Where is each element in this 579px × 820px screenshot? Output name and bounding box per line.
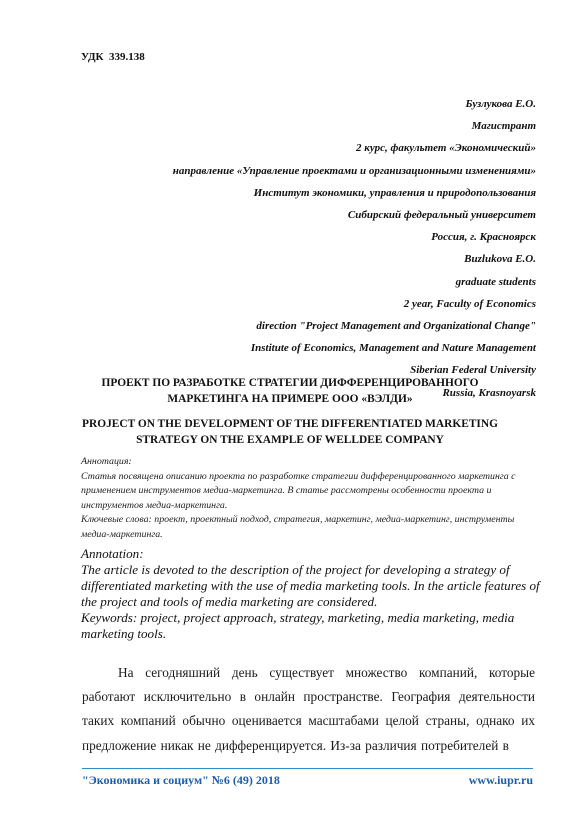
journal-website-link[interactable]: www.iupr.ru [469, 773, 533, 788]
author-location-ru: Россия, г. Красноярск [173, 226, 536, 248]
abstract-en: Annotation: The article is devoted to th… [81, 546, 551, 642]
journal-citation: "Экономика и социум" №6 (49) 2018 [82, 773, 280, 788]
page-footer: "Экономика и социум" №6 (49) 2018 www.iu… [82, 773, 533, 788]
abstract-ru: Аннотация: Статья посвящена описанию про… [81, 455, 541, 543]
author-name-en: Buzlukova E.O. [173, 248, 536, 270]
author-affiliation: Бузлукова Е.О. Магистрант 2 курс, факуль… [173, 93, 536, 404]
author-course-en: 2 year, Faculty of Economics [173, 293, 536, 315]
author-name-ru: Бузлукова Е.О. [173, 93, 536, 115]
title-ru-line-2: МАРКЕТИНГА НА ПРИМЕРЕ ООО «ВЭЛДИ» [60, 391, 520, 407]
title-ru-line-1: ПРОЕКТ ПО РАЗРАБОТКЕ СТРАТЕГИИ ДИФФЕРЕНЦ… [60, 375, 520, 391]
author-status-en: graduate students [173, 271, 536, 293]
udk-code: УДК 339.138 [81, 51, 145, 63]
keywords-ru: Ключевые слова: проект, проектный подход… [81, 513, 541, 542]
author-institute-en: Institute of Economics, Management and N… [173, 337, 536, 359]
footer-divider [82, 768, 533, 769]
author-course-ru: 2 курс, факультет «Экономический» [173, 137, 536, 159]
abstract-ru-text: Статья посвящена описанию проекта по раз… [81, 470, 541, 514]
title-en-line-2: STRATEGY ON THE EXAMPLE OF WELLDEE COMPA… [60, 432, 520, 448]
author-institute-ru: Институт экономики, управления и природо… [173, 182, 536, 204]
abstract-en-text: The article is devoted to the descriptio… [81, 562, 551, 610]
author-direction-ru: направление «Управление проектами и орга… [173, 160, 536, 182]
body-paragraph: На сегодняшний день существует множество… [82, 661, 535, 758]
article-title-en: PROJECT ON THE DEVELOPMENT OF THE DIFFER… [60, 416, 520, 448]
author-university-ru: Сибирский федеральный университет [173, 204, 536, 226]
article-title-ru: ПРОЕКТ ПО РАЗРАБОТКЕ СТРАТЕГИИ ДИФФЕРЕНЦ… [60, 375, 520, 407]
author-direction-en: direction "Project Management and Organi… [173, 315, 536, 337]
title-en-line-1: PROJECT ON THE DEVELOPMENT OF THE DIFFER… [60, 416, 520, 432]
keywords-en: Keywords: project, project approach, str… [81, 610, 551, 642]
abstract-ru-heading: Аннотация: [81, 455, 541, 470]
abstract-en-heading: Annotation: [81, 546, 551, 562]
author-status-ru: Магистрант [173, 115, 536, 137]
